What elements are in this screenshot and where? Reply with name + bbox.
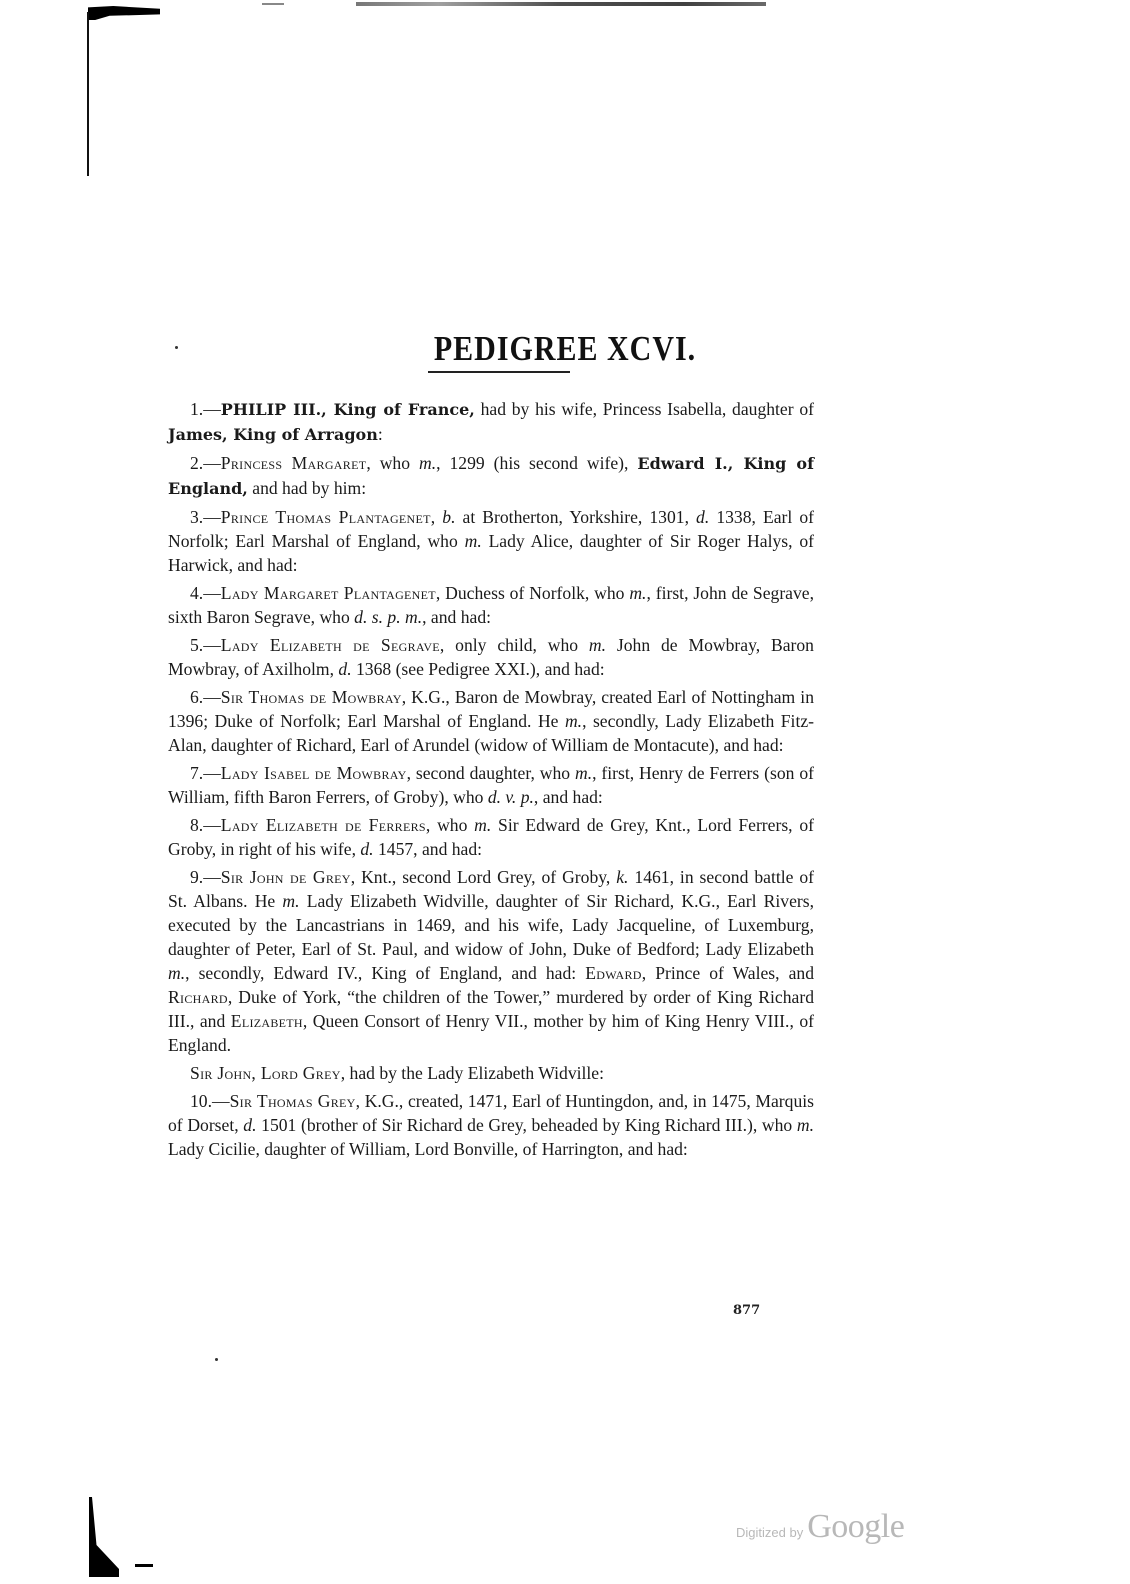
entry-text: d. s. p. m. xyxy=(354,607,422,627)
scan-speck xyxy=(215,1358,218,1361)
entry-number: 8.— xyxy=(190,815,221,835)
pedigree-entry: 4.—Lady Margaret Plantagenet, Duchess of… xyxy=(168,581,814,629)
pedigree-entries: 1.—PHILIP III., King of France, had by h… xyxy=(168,397,814,1165)
entry-text: , who xyxy=(426,815,474,835)
entry-text: m. xyxy=(797,1115,814,1135)
person-name: Lady Elizabeth de Ferrers xyxy=(221,815,426,835)
person-name: Lady Isabel de Mowbray xyxy=(221,763,407,783)
pedigree-entry: 2.—Princess Margaret, who m., 1299 (his … xyxy=(168,451,814,501)
entry-text: k. xyxy=(616,867,628,887)
entry-text: 1368 (see Pedigree XXI.), and had: xyxy=(352,659,605,679)
entry-text: b. xyxy=(442,507,455,527)
scan-artifact-top-left xyxy=(88,6,160,20)
person-name: Sir John, Lord Grey xyxy=(190,1063,341,1083)
entry-number: 4.— xyxy=(190,583,221,603)
digitized-by-watermark: Digitized by Google xyxy=(736,1508,904,1546)
entry-text: m. xyxy=(565,711,582,731)
title-rule xyxy=(428,371,570,373)
entry-text: , 1299 (his second wife), xyxy=(436,453,637,473)
entry-text: , only child, who xyxy=(440,635,589,655)
entry-number: 2.— xyxy=(190,453,221,473)
entry-text: , had by the Lady Elizabeth Widville: xyxy=(341,1063,604,1083)
person-name: Princess Margaret xyxy=(221,453,367,473)
entry-text: d. v. p. xyxy=(488,787,534,807)
scan-artifact-bottom-dash xyxy=(135,1564,153,1567)
entry-number: 1.— xyxy=(190,399,221,419)
entry-text: , xyxy=(431,507,442,527)
entry-text: m. xyxy=(575,763,592,783)
watermark-prefix: Digitized by xyxy=(736,1525,803,1540)
entry-text: , Duchess of Norfolk, who xyxy=(436,583,629,603)
pedigree-entry: 8.—Lady Elizabeth de Ferrers, who m. Sir… xyxy=(168,813,814,861)
entry-text: , and had: xyxy=(422,607,491,627)
person-name: Sir Thomas de Mowbray xyxy=(221,687,402,707)
entry-number: 9.— xyxy=(190,867,221,887)
entry-text: , second daughter, who xyxy=(407,763,575,783)
pedigree-entry: 6.—Sir Thomas de Mowbray, K.G., Baron de… xyxy=(168,685,814,757)
pedigree-entry: 9.—Sir John de Grey, Knt., second Lord G… xyxy=(168,865,814,1057)
entry-text: had by his wife, Princess Isabella, daug… xyxy=(475,399,814,419)
person-name: Sir Thomas Grey xyxy=(230,1091,356,1111)
entry-text: m. xyxy=(419,453,436,473)
entry-text: m. xyxy=(474,815,491,835)
pedigree-entry: 3.—Prince Thomas Plantagenet, b. at Brot… xyxy=(168,505,814,577)
pedigree-entry: 1.—PHILIP III., King of France, had by h… xyxy=(168,397,814,447)
entry-text: : xyxy=(378,424,383,444)
entry-text: and had by him: xyxy=(248,478,366,498)
entry-text: , secondly, Edward IV., King of England,… xyxy=(185,963,585,983)
pedigree-entry: 10.—Sir Thomas Grey, K.G., created, 1471… xyxy=(168,1089,814,1161)
entry-text: m. xyxy=(589,635,606,655)
entry-text: at Brotherton, Yorkshire, 1301, xyxy=(455,507,696,527)
scan-artifact-top-dash xyxy=(262,3,284,5)
entry-text: , Prince of Wales, and xyxy=(642,963,814,983)
scan-artifact-bottom-left xyxy=(89,1497,119,1577)
entry-number: 10.— xyxy=(190,1091,230,1111)
person-name: Richard xyxy=(168,987,228,1007)
entry-text: James, King of Arragon xyxy=(168,425,378,444)
entry-number: 3.— xyxy=(190,507,221,527)
entry-text: 1457, and had: xyxy=(374,839,482,859)
entry-text: d. xyxy=(360,839,373,859)
page-title: PEDIGREE XCVI. xyxy=(0,330,1130,369)
pedigree-entry: 7.—Lady Isabel de Mowbray, second daught… xyxy=(168,761,814,809)
entry-text: d. xyxy=(696,507,709,527)
entry-text: , who xyxy=(366,453,419,473)
page-number: 877 xyxy=(733,1303,760,1318)
person-name: Prince Thomas Plantagenet xyxy=(221,507,431,527)
person-name: Elizabeth xyxy=(231,1011,303,1031)
pedigree-entry: 5.—Lady Elizabeth de Segrave, only child… xyxy=(168,633,814,681)
entry-text: PHILIP III., King of France, xyxy=(221,400,475,419)
entry-text: m. xyxy=(629,583,646,603)
entry-text: 1501 (brother of Sir Richard de Grey, be… xyxy=(256,1115,796,1135)
watermark-brand: Google xyxy=(807,1508,904,1546)
entry-number: 7.— xyxy=(190,763,221,783)
entry-text: m. xyxy=(465,531,482,551)
person-name: Lady Margaret Plantagenet xyxy=(221,583,436,603)
entry-number: 5.— xyxy=(190,635,221,655)
pedigree-entry: Sir John, Lord Grey, had by the Lady Eli… xyxy=(168,1061,814,1085)
scan-artifact-top-bar xyxy=(356,2,766,6)
entry-text: d. xyxy=(338,659,351,679)
entry-text: , Knt., second Lord Grey, of Groby, xyxy=(351,867,617,887)
entry-text: m. xyxy=(282,891,299,911)
entry-text: d. xyxy=(243,1115,256,1135)
entry-number: 6.— xyxy=(190,687,221,707)
entry-text: Lady Cicilie, daughter of William, Lord … xyxy=(168,1139,688,1159)
person-name: Lady Elizabeth de Segrave xyxy=(221,635,440,655)
person-name: Sir John de Grey xyxy=(221,867,351,887)
person-name: Edward xyxy=(585,963,642,983)
scan-artifact-left-edge xyxy=(87,12,89,176)
entry-text: m. xyxy=(168,963,185,983)
entry-text: , and had: xyxy=(534,787,603,807)
